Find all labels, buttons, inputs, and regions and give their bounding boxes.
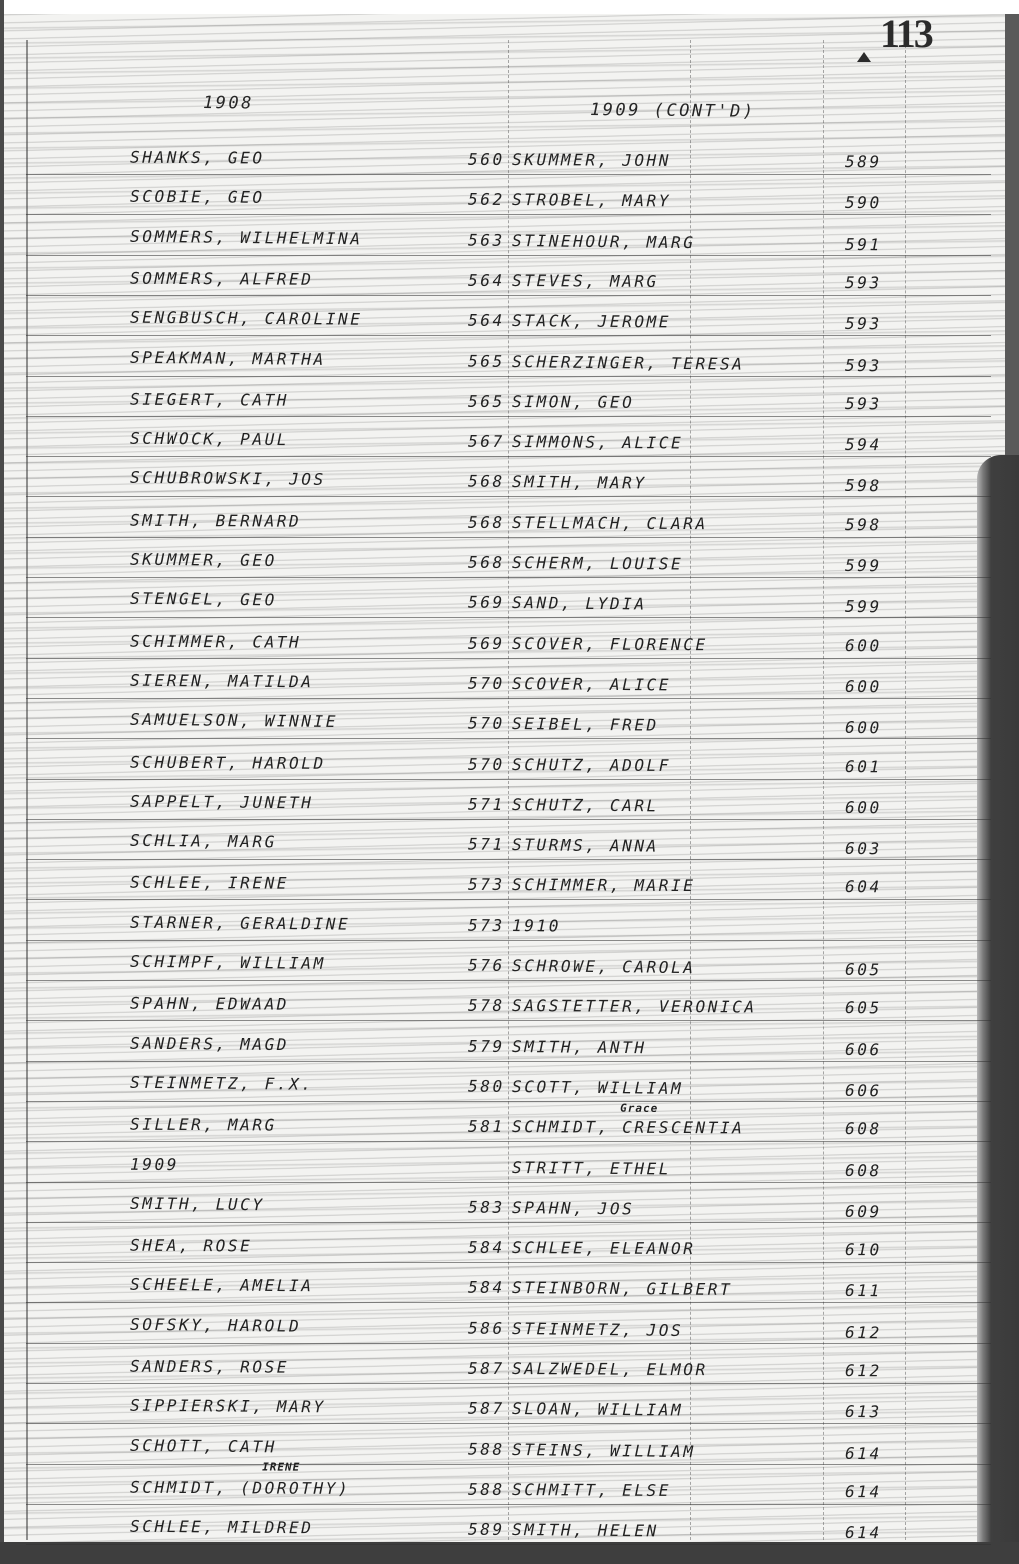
entry-name-left: SMITH, LUCY: [130, 1194, 265, 1215]
entry-number-left: 584: [468, 1238, 505, 1257]
entry-number-left: 579: [468, 1037, 505, 1056]
entry-name-right: SEIBEL, FRED: [512, 714, 659, 735]
entry-number-left: 565: [468, 392, 505, 411]
ruled-line: [26, 617, 991, 618]
entry-name-left: SENGBUSCH, CAROLINE: [130, 308, 363, 329]
ledger-row: SCHIMPF, WILLIAM576SCHROWE, CAROLA605: [0, 950, 1019, 992]
ledger-row: SPAHN, EDWAAD578SAGSTETTER, VERONICA605: [0, 993, 1019, 1029]
ruled-line: [26, 1302, 991, 1303]
entry-number-right: 608: [845, 1119, 882, 1138]
ledger-row: SILLER, MARG581SCHMIDT, CRESCENTIA608Gra…: [0, 1114, 1019, 1150]
entry-name-right: SCHLEE, ELEANOR: [512, 1238, 696, 1258]
ruled-line: [26, 1262, 991, 1263]
ledger-row: STENGEL, GEO569SAND, LYDIA599: [0, 587, 1019, 629]
entry-name-right: SIMMONS, ALICE: [512, 432, 683, 452]
page-number: 113: [880, 10, 932, 57]
ruled-line: [26, 1141, 991, 1142]
entry-name-left: SOMMERS, ALFRED: [130, 269, 314, 289]
entry-name-right: SAND, LYDIA: [512, 593, 647, 614]
entry-name-right: STEINBORN, GILBERT: [512, 1278, 732, 1299]
entry-number-left: 587: [468, 1359, 505, 1378]
ruled-line: [26, 658, 991, 659]
ledger-row: SOMMERS, WILHELMINA563STINEHOUR, MARG591: [0, 225, 1019, 267]
entry-name-left: SANDERS, ROSE: [130, 1357, 289, 1377]
entry-name-left: SIEGERT, CATH: [130, 390, 289, 410]
entry-number-right: 614: [845, 1482, 882, 1501]
ledger-page: 113 1908 1909 (CONT'D) SHANKS, GEO560SKU…: [0, 0, 1019, 1564]
ruled-line: [26, 1182, 991, 1183]
entry-name-left: SHEA, ROSE: [130, 1236, 252, 1256]
ledger-row: SANDERS, MAGD579SMITH, ANTH606: [0, 1033, 1019, 1072]
entry-number-left: 563: [468, 231, 505, 250]
entry-name-right: SMITH, MARY: [512, 472, 647, 493]
entry-number-right: 605: [845, 998, 882, 1017]
ledger-row: SIPPIERSKI, MARY587SLOAN, WILLIAM613: [0, 1395, 1019, 1434]
entry-number-right: 600: [845, 798, 882, 817]
ledger-row: SENGBUSCH, CAROLINE564STACK, JEROME593: [0, 307, 1019, 346]
ruled-line: [26, 738, 991, 739]
entry-annotation: Grace: [620, 1102, 658, 1115]
entry-number-left: 569: [468, 634, 505, 653]
ruled-line: [26, 940, 991, 941]
entry-name-right: SCHMITT, ELSE: [512, 1480, 671, 1500]
entry-number-left: 570: [468, 714, 505, 733]
entry-name-left: SCHMIDT, (DOROTHY): [130, 1478, 350, 1498]
entry-name-right: SCHMIDT, CRESCENTIA: [512, 1117, 745, 1137]
ledger-row: SAMUELSON, WINNIE570SEIBEL, FRED600: [0, 708, 1019, 750]
entry-name-left: SPAHN, EDWAAD: [130, 994, 289, 1014]
entry-number-right: 593: [845, 394, 882, 413]
entry-name-left: SCHLEE, IRENE: [130, 873, 289, 893]
ledger-row: 1909STRITT, ETHEL608: [0, 1154, 1019, 1193]
entry-number-right: 600: [845, 677, 882, 696]
entry-name-left: STEINMETZ, F.X.: [130, 1073, 314, 1094]
entry-name-right: SCOTT, WILLIAM: [512, 1077, 683, 1098]
entry-name-right: SCOVER, ALICE: [512, 674, 671, 694]
scan-top-margin: [0, 0, 1019, 14]
ledger-row: SPEAKMAN, MARTHA565SCHERZINGER, TERESA59…: [0, 346, 1019, 388]
ruled-line: [26, 295, 991, 296]
entry-name-right: STEINS, WILLIAM: [512, 1440, 696, 1461]
entry-number-right: 593: [845, 356, 882, 375]
entry-name-left: SCHIMPF, WILLIAM: [130, 952, 326, 973]
entry-number-left: 584: [468, 1278, 505, 1297]
entry-name-right: SCHROWE, CAROLA: [512, 956, 696, 977]
entry-name-left: SCHLEE, MILDRED: [130, 1517, 314, 1538]
entry-name-right: SKUMMER, JOHN: [512, 150, 671, 170]
ruled-line: [26, 819, 991, 820]
entry-number-right: 593: [845, 273, 882, 292]
entry-number-left: 560: [468, 150, 505, 169]
ruled-line: [26, 1464, 991, 1465]
ruled-line: [26, 1383, 991, 1384]
column-rule: [823, 40, 825, 1540]
ledger-row: SCHUBERT, HAROLD570SCHUTZ, ADOLF601: [0, 752, 1019, 788]
entry-number-left: 568: [468, 472, 505, 491]
entry-name-right: SCHUTZ, ADOLF: [512, 755, 671, 775]
ledger-row: SKUMMER, GEO568SCHERM, LOUISE599: [0, 549, 1019, 588]
entry-name-left: SIPPIERSKI, MARY: [130, 1396, 326, 1417]
ledger-row: STEINMETZ, F.X.580SCOTT, WILLIAM606: [0, 1071, 1019, 1113]
entry-name-left: SHANKS, GEO: [130, 148, 265, 168]
ledger-row: SANDERS, ROSE587SALZWEDEL, ELMOR612: [0, 1356, 1019, 1392]
entry-name-right: STELLMACH, CLARA: [512, 513, 708, 533]
entry-name-left: SCOBIE, GEO: [130, 187, 265, 207]
ledger-row: SHEA, ROSE584SCHLEE, ELEANOR610: [0, 1235, 1019, 1271]
ledger-row: SOMMERS, ALFRED564STEVES, MARG593: [0, 268, 1019, 304]
entry-number-right: 609: [845, 1202, 882, 1221]
entry-name-right: SCHERM, LOUISE: [512, 553, 683, 573]
entry-name-left: STARNER, GERALDINE: [130, 913, 350, 934]
ruled-line: [26, 255, 991, 256]
entry-name-left: STENGEL, GEO: [130, 589, 277, 610]
ledger-row: SCHOTT, CATH588STEINS, WILLIAM614: [0, 1434, 1019, 1476]
entry-name-right: STRITT, ETHEL: [512, 1158, 671, 1178]
entry-number-left: 565: [468, 352, 505, 371]
entry-name-left: SOMMERS, WILHELMINA: [130, 227, 363, 249]
ledger-row: SCHMIDT, (DOROTHY)588SCHMITT, ELSE614IRE…: [0, 1477, 1019, 1513]
entry-name-left: SCHEELE, AMELIA: [130, 1275, 314, 1296]
entry-number-left: 567: [468, 432, 505, 451]
ruled-line: [26, 1101, 991, 1102]
entry-number-right: 599: [845, 556, 882, 575]
entry-number-right: 601: [845, 757, 882, 776]
entry-number-right: 612: [845, 1361, 882, 1380]
ruled-line: [26, 698, 991, 699]
entry-name-left: SOFSKY, HAROLD: [130, 1315, 301, 1336]
entry-number-right: 600: [845, 636, 882, 655]
ledger-row: SCHIMMER, CATH569SCOVER, FLORENCE600: [0, 631, 1019, 667]
ledger-row: SCHLIA, MARG571STURMS, ANNA603: [0, 829, 1019, 871]
ruled-line: [26, 456, 991, 457]
entry-name-right: SMITH, ANTH: [512, 1037, 647, 1057]
ruled-line: [26, 1544, 991, 1545]
entry-number-right: 594: [845, 435, 882, 454]
entry-name-left: SILLER, MARG: [130, 1115, 277, 1135]
heading-year-left: 1908: [203, 93, 254, 114]
ledger-row: SAPPELT, JUNETH571SCHUTZ, CARL600: [0, 791, 1019, 830]
column-rule: [508, 40, 510, 1540]
entry-number-left: 588: [468, 1480, 505, 1499]
entry-name-right: SCOVER, FLORENCE: [512, 634, 708, 654]
entry-number-right: 599: [845, 597, 882, 616]
entry-number-left: 564: [468, 311, 505, 330]
entry-number-right: 598: [845, 515, 882, 534]
entry-number-right: 606: [845, 1040, 882, 1059]
entry-number-left: 586: [468, 1319, 505, 1338]
entry-name-right: SLOAN, WILLIAM: [512, 1399, 683, 1419]
entry-name-right: SALZWEDEL, ELMOR: [512, 1359, 708, 1379]
ruled-line: [26, 859, 991, 860]
entry-name-right: SMITH, HELEN: [512, 1520, 659, 1540]
entry-number-left: 581: [468, 1117, 505, 1136]
entry-number-right: 590: [845, 193, 882, 212]
entry-name-left: SKUMMER, GEO: [130, 550, 277, 570]
ruled-line: [26, 416, 991, 417]
ledger-row: SCHWOCK, PAUL567SIMMONS, ALICE594: [0, 428, 1019, 467]
entry-name-left: SPEAKMAN, MARTHA: [130, 348, 326, 369]
entry-number-left: 571: [468, 795, 505, 814]
ledger-row: SCHEELE, AMELIA584STEINBORN, GILBERT611: [0, 1274, 1019, 1313]
entry-number-right: 614: [845, 1444, 882, 1463]
ruled-line: [26, 335, 991, 336]
ledger-row: SMITH, LUCY583SPAHN, JOS609: [0, 1192, 1019, 1234]
entry-number-right: 603: [845, 839, 882, 858]
entry-number-left: 576: [468, 956, 505, 975]
entry-name-right: STROBEL, MARY: [512, 190, 671, 210]
ledger-row: SOFSKY, HAROLD586STEINMETZ, JOS612: [0, 1313, 1019, 1355]
entry-name-left: SCHLIA, MARG: [130, 831, 277, 852]
entry-number-right: 600: [845, 718, 882, 737]
entry-name-right: SCHIMMER, MARIE: [512, 875, 696, 895]
ruled-line: [26, 1061, 991, 1062]
entry-name-left: SCHUBERT, HAROLD: [130, 753, 326, 773]
ruled-line: [26, 537, 991, 538]
entry-number-right: 608: [845, 1161, 882, 1180]
ruled-line: [26, 1020, 991, 1021]
ruled-line: [26, 174, 991, 175]
ledger-row: SMITH, BERNARD568STELLMACH, CLARA598: [0, 510, 1019, 546]
ledger-row: STARNER, GERALDINE5731910: [0, 912, 1019, 951]
entry-name-right: 1910: [512, 916, 561, 935]
ledger-row: SHANKS, GEO560SKUMMER, JOHN589: [0, 147, 1019, 183]
entry-number-right: 598: [845, 476, 882, 495]
entry-name-left: SAPPELT, JUNETH: [130, 792, 314, 813]
entry-number-left: 589: [468, 1520, 505, 1539]
entry-number-right: 612: [845, 1323, 882, 1342]
entry-number-left: 573: [468, 916, 505, 935]
entry-number-left: 578: [468, 996, 505, 1015]
entry-name-left: SMITH, BERNARD: [130, 511, 301, 531]
ruled-line: [26, 496, 991, 497]
ledger-row: SCHLEE, IRENE573SCHIMMER, MARIE604: [0, 872, 1019, 908]
entry-number-left: 562: [468, 190, 505, 209]
entry-number-left: 587: [468, 1399, 505, 1418]
ledger-row: SIEGERT, CATH565SIMON, GEO593: [0, 389, 1019, 425]
ruled-line: [26, 899, 991, 900]
entry-name-left: SCHUBROWSKI, JOS: [130, 468, 326, 489]
entry-number-right: 604: [845, 877, 882, 896]
entry-number-right: 613: [845, 1402, 882, 1421]
ruled-line: [26, 1343, 991, 1344]
ruled-line: [26, 577, 991, 578]
entry-number-left: 571: [468, 835, 505, 854]
entry-number-left: 570: [468, 755, 505, 774]
entry-number-left: 583: [468, 1198, 505, 1217]
page-marker-triangle-icon: [857, 52, 871, 62]
entry-name-right: SIMON, GEO: [512, 392, 634, 412]
ledger-row: SCOBIE, GEO562STROBEL, MARY590: [0, 186, 1019, 225]
ruled-line: [26, 980, 991, 981]
ruled-line: [26, 1423, 991, 1424]
entry-number-right: 611: [845, 1281, 882, 1300]
entry-name-left: SAMUELSON, WINNIE: [130, 710, 338, 731]
entry-name-right: SAGSTETTER, VERONICA: [512, 996, 757, 1016]
entry-name-left: SCHWOCK, PAUL: [130, 429, 289, 449]
entry-number-right: 606: [845, 1081, 882, 1100]
ruled-line: [26, 214, 991, 215]
entry-name-left: 1909: [130, 1155, 179, 1174]
ruled-line: [26, 779, 991, 780]
entry-name-right: SCHUTZ, CARL: [512, 795, 659, 815]
entry-number-right: 589: [845, 152, 882, 171]
ledger-row: SIEREN, MATILDA570SCOVER, ALICE600: [0, 670, 1019, 709]
entry-name-right: SPAHN, JOS: [512, 1198, 635, 1218]
entry-number-left: 570: [468, 674, 505, 693]
entry-name-right: STURMS, ANNA: [512, 835, 659, 856]
entry-name-right: SCHERZINGER, TERESA: [512, 352, 745, 374]
entry-number-left: 568: [468, 553, 505, 572]
ruled-line: [26, 376, 991, 377]
column-rule: [690, 40, 692, 1540]
ruled-line: [26, 1222, 991, 1223]
ruled-line: [26, 1504, 991, 1505]
entry-number-left: 568: [468, 513, 505, 532]
entry-name-right: STEVES, MARG: [512, 271, 659, 291]
entry-number-left: 564: [468, 271, 505, 290]
entry-number-left: 588: [468, 1440, 505, 1459]
entry-number-right: 614: [845, 1523, 882, 1542]
entry-name-left: SANDERS, MAGD: [130, 1034, 289, 1054]
entry-name-right: STEINMETZ, JOS: [512, 1319, 683, 1340]
entry-name-right: STACK, JEROME: [512, 311, 671, 331]
entry-number-left: 573: [468, 875, 505, 894]
entry-number-left: 580: [468, 1077, 505, 1096]
entry-number-right: 605: [845, 960, 882, 979]
entry-number-right: 591: [845, 235, 882, 254]
entry-name-right: STINEHOUR, MARG: [512, 231, 696, 252]
ledger-row: SCHUBROWSKI, JOS568SMITH, MARY598: [0, 466, 1019, 508]
entry-name-left: SCHIMMER, CATH: [130, 632, 301, 652]
entry-name-left: SCHOTT, CATH: [130, 1436, 277, 1457]
entry-name-left: SIEREN, MATILDA: [130, 671, 314, 692]
entry-number-left: 569: [468, 593, 505, 612]
entry-annotation: IRENE: [262, 1460, 300, 1473]
entry-number-right: 610: [845, 1240, 882, 1259]
heading-year-right: 1909 (CONT'D): [590, 100, 756, 122]
entry-number-right: 593: [845, 314, 882, 333]
